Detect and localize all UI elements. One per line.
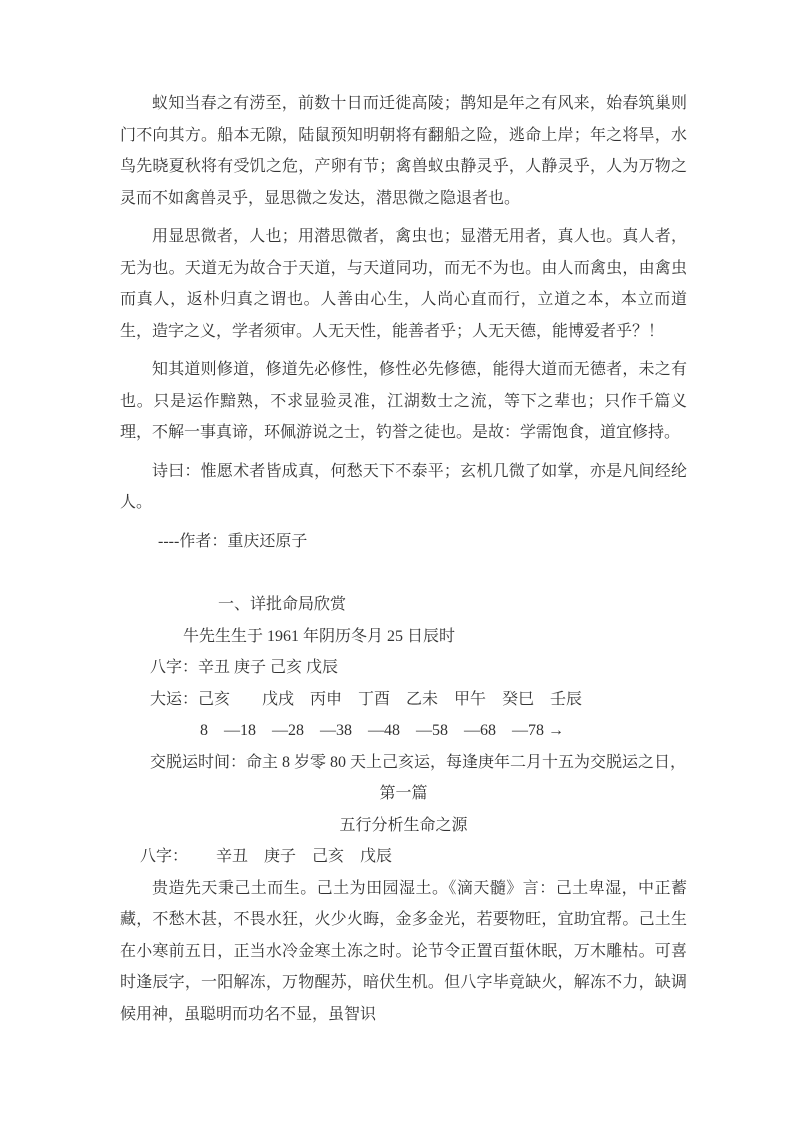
- document-page: 蚁知当春之有涝至，前数十日而迁徙高陵；鹊知是年之有风来，始春筑巢则门不向其方。船…: [0, 0, 793, 1122]
- birth-info-line: 牛先生生于 1961 年阴历冬月 25 日辰时: [120, 621, 687, 653]
- poem-paragraph: 诗曰：惟愿术者皆成真，何愁天下不泰平；玄机几微了如掌，亦是凡间经纶人。: [120, 456, 687, 519]
- essay-paragraph-3: 知其道则修道，修道先必修性，修性必先修德，能得大道而无德者，未之有也。只是运作黯…: [120, 354, 687, 449]
- author-line: ----作者：重庆还原子: [120, 526, 687, 558]
- analysis-paragraph: 贵造先天秉己土而生。己土为田园湿土。《滴天髓》言：己土卑湿，中正蓄藏，不愁木甚，…: [120, 873, 687, 1031]
- chapter-label: 第一篇: [120, 778, 687, 810]
- jiaotuo-line: 交脱运时间：命主 8 岁零 80 天上己亥运，每逢庚年二月十五为交脱运之日，: [120, 747, 687, 779]
- bazi-line: 八字：辛丑 庚子 己亥 戊辰: [120, 652, 687, 684]
- section-title: 一、详批命局欣赏: [120, 589, 687, 621]
- essay-paragraph-2: 用显思微者，人也；用潜思微者，禽虫也；显潜无用者，真人也。真人者，无为也。天道无…: [120, 221, 687, 347]
- essay-paragraph-1: 蚁知当春之有涝至，前数十日而迁徙高陵；鹊知是年之有风来，始春筑巢则门不向其方。船…: [120, 88, 687, 214]
- dayun-line: 大运：己亥 戊戌 丙申 丁酉 乙未 甲午 癸巳 壬辰: [120, 684, 687, 716]
- chapter-bazi-line: 八字： 辛丑 庚子 己亥 戊辰: [120, 841, 687, 873]
- dayun-ages-line: 8 —18 —28 —38 —48 —58 —68 —78 →: [120, 715, 687, 747]
- chapter-title: 五行分析生命之源: [120, 810, 687, 842]
